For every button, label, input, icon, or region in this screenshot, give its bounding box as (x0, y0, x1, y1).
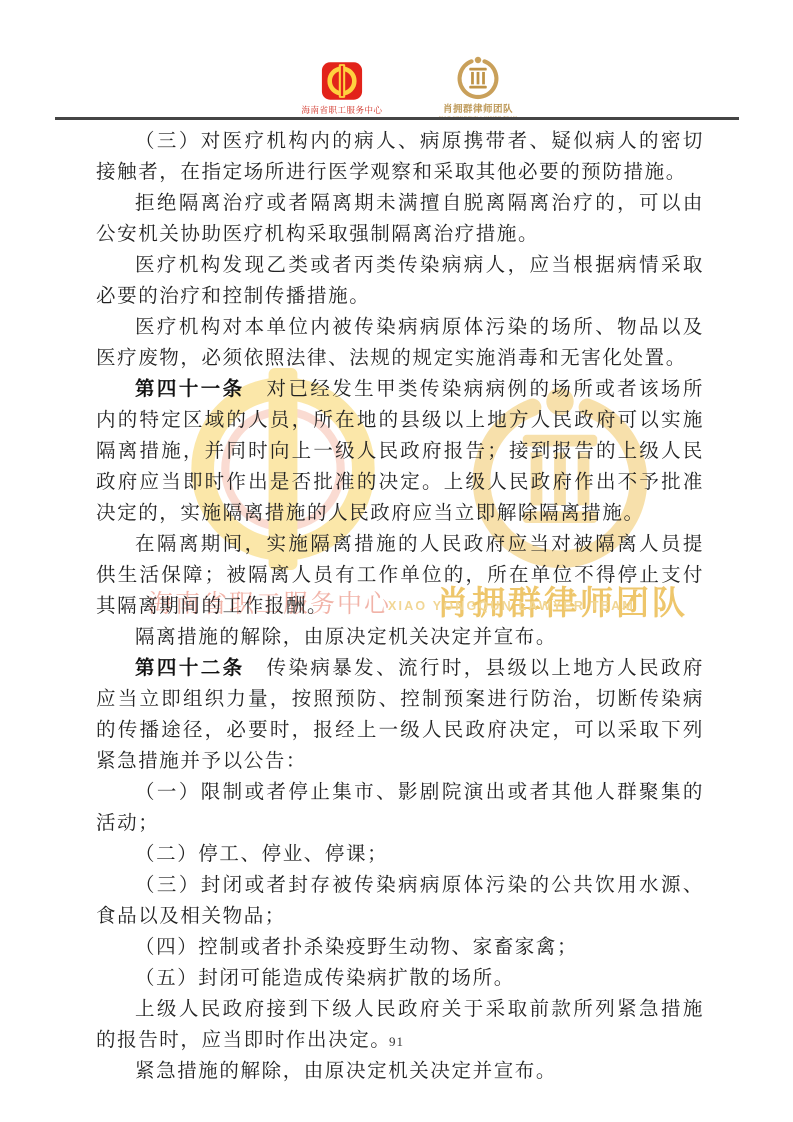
document-body: （三）对医疗机构内的病人、病原携带者、疑似病人的密切接触者，在指定场所进行医学观… (96, 126, 704, 1087)
right-logo-label: 肖拥群律师团队 (430, 101, 526, 115)
article-number: 第四十一条 (135, 378, 245, 400)
header-left-logo: 海南省职工服务中心 (296, 60, 388, 116)
left-logo-label: 海南省职工服务中心 (296, 104, 388, 116)
paragraph: 在隔离期间，实施隔离措施的人民政府应当对被隔离人员提供生活保障；被隔离人员有工作… (96, 529, 704, 622)
paragraph: 第四十一条 对已经发生甲类传染病病例的场所或者该场所内的特定区域的人员，所在地的… (96, 374, 704, 529)
paragraph: 医疗机构发现乙类或者丙类传染病病人，应当根据病情采取必要的治疗和控制传播措施。 (96, 250, 704, 312)
paragraph: （一）限制或者停止集市、影剧院演出或者其他人群聚集的活动； (96, 777, 704, 839)
paragraph: （二）停工、停业、停课； (96, 839, 704, 870)
paragraph: （五）封闭可能造成传染病扩散的场所。 (96, 963, 704, 994)
paragraph: 拒绝隔离治疗或者隔离期未满擅自脱离隔离治疗的，可以由公安机关协助医疗机构采取强制… (96, 188, 704, 250)
paragraph: 上级人民政府接到下级人民政府关于采取前款所列紧急措施的报告时，应当即时作出决定。 (96, 994, 704, 1056)
header-right-logo: 肖拥群律师团队 XIAO YONGQUN LAWYER TEAM (430, 54, 526, 120)
header-divider (55, 117, 739, 120)
paragraph: 隔离措施的解除，由原决定机关决定并宣布。 (96, 622, 704, 653)
document-page: 海南省职工服务中心 肖拥群律师团队 XIAO YONGQUN LAWYER TE… (0, 0, 793, 1122)
paragraph: 医疗机构对本单位内被传染病病原体污染的场所、物品以及医疗废物，必须依照法律、法规… (96, 312, 704, 374)
trade-union-logo-icon (319, 60, 365, 102)
paragraph: （三）封闭或者封存被传染病病原体污染的公共饮用水源、食品以及相关物品； (96, 870, 704, 932)
lawyer-team-logo-icon (455, 54, 501, 100)
article-number: 第四十二条 (135, 657, 245, 679)
paragraph: （三）对医疗机构内的病人、病原携带者、疑似病人的密切接触者，在指定场所进行医学观… (96, 126, 704, 188)
paragraph: 紧急措施的解除，由原决定机关决定并宣布。 (96, 1056, 704, 1087)
paragraph: （四）控制或者扑杀染疫野生动物、家畜家禽； (96, 932, 704, 963)
paragraph: 第四十二条 传染病暴发、流行时，县级以上地方人民政府应当立即组织力量，按照预防、… (96, 653, 704, 777)
